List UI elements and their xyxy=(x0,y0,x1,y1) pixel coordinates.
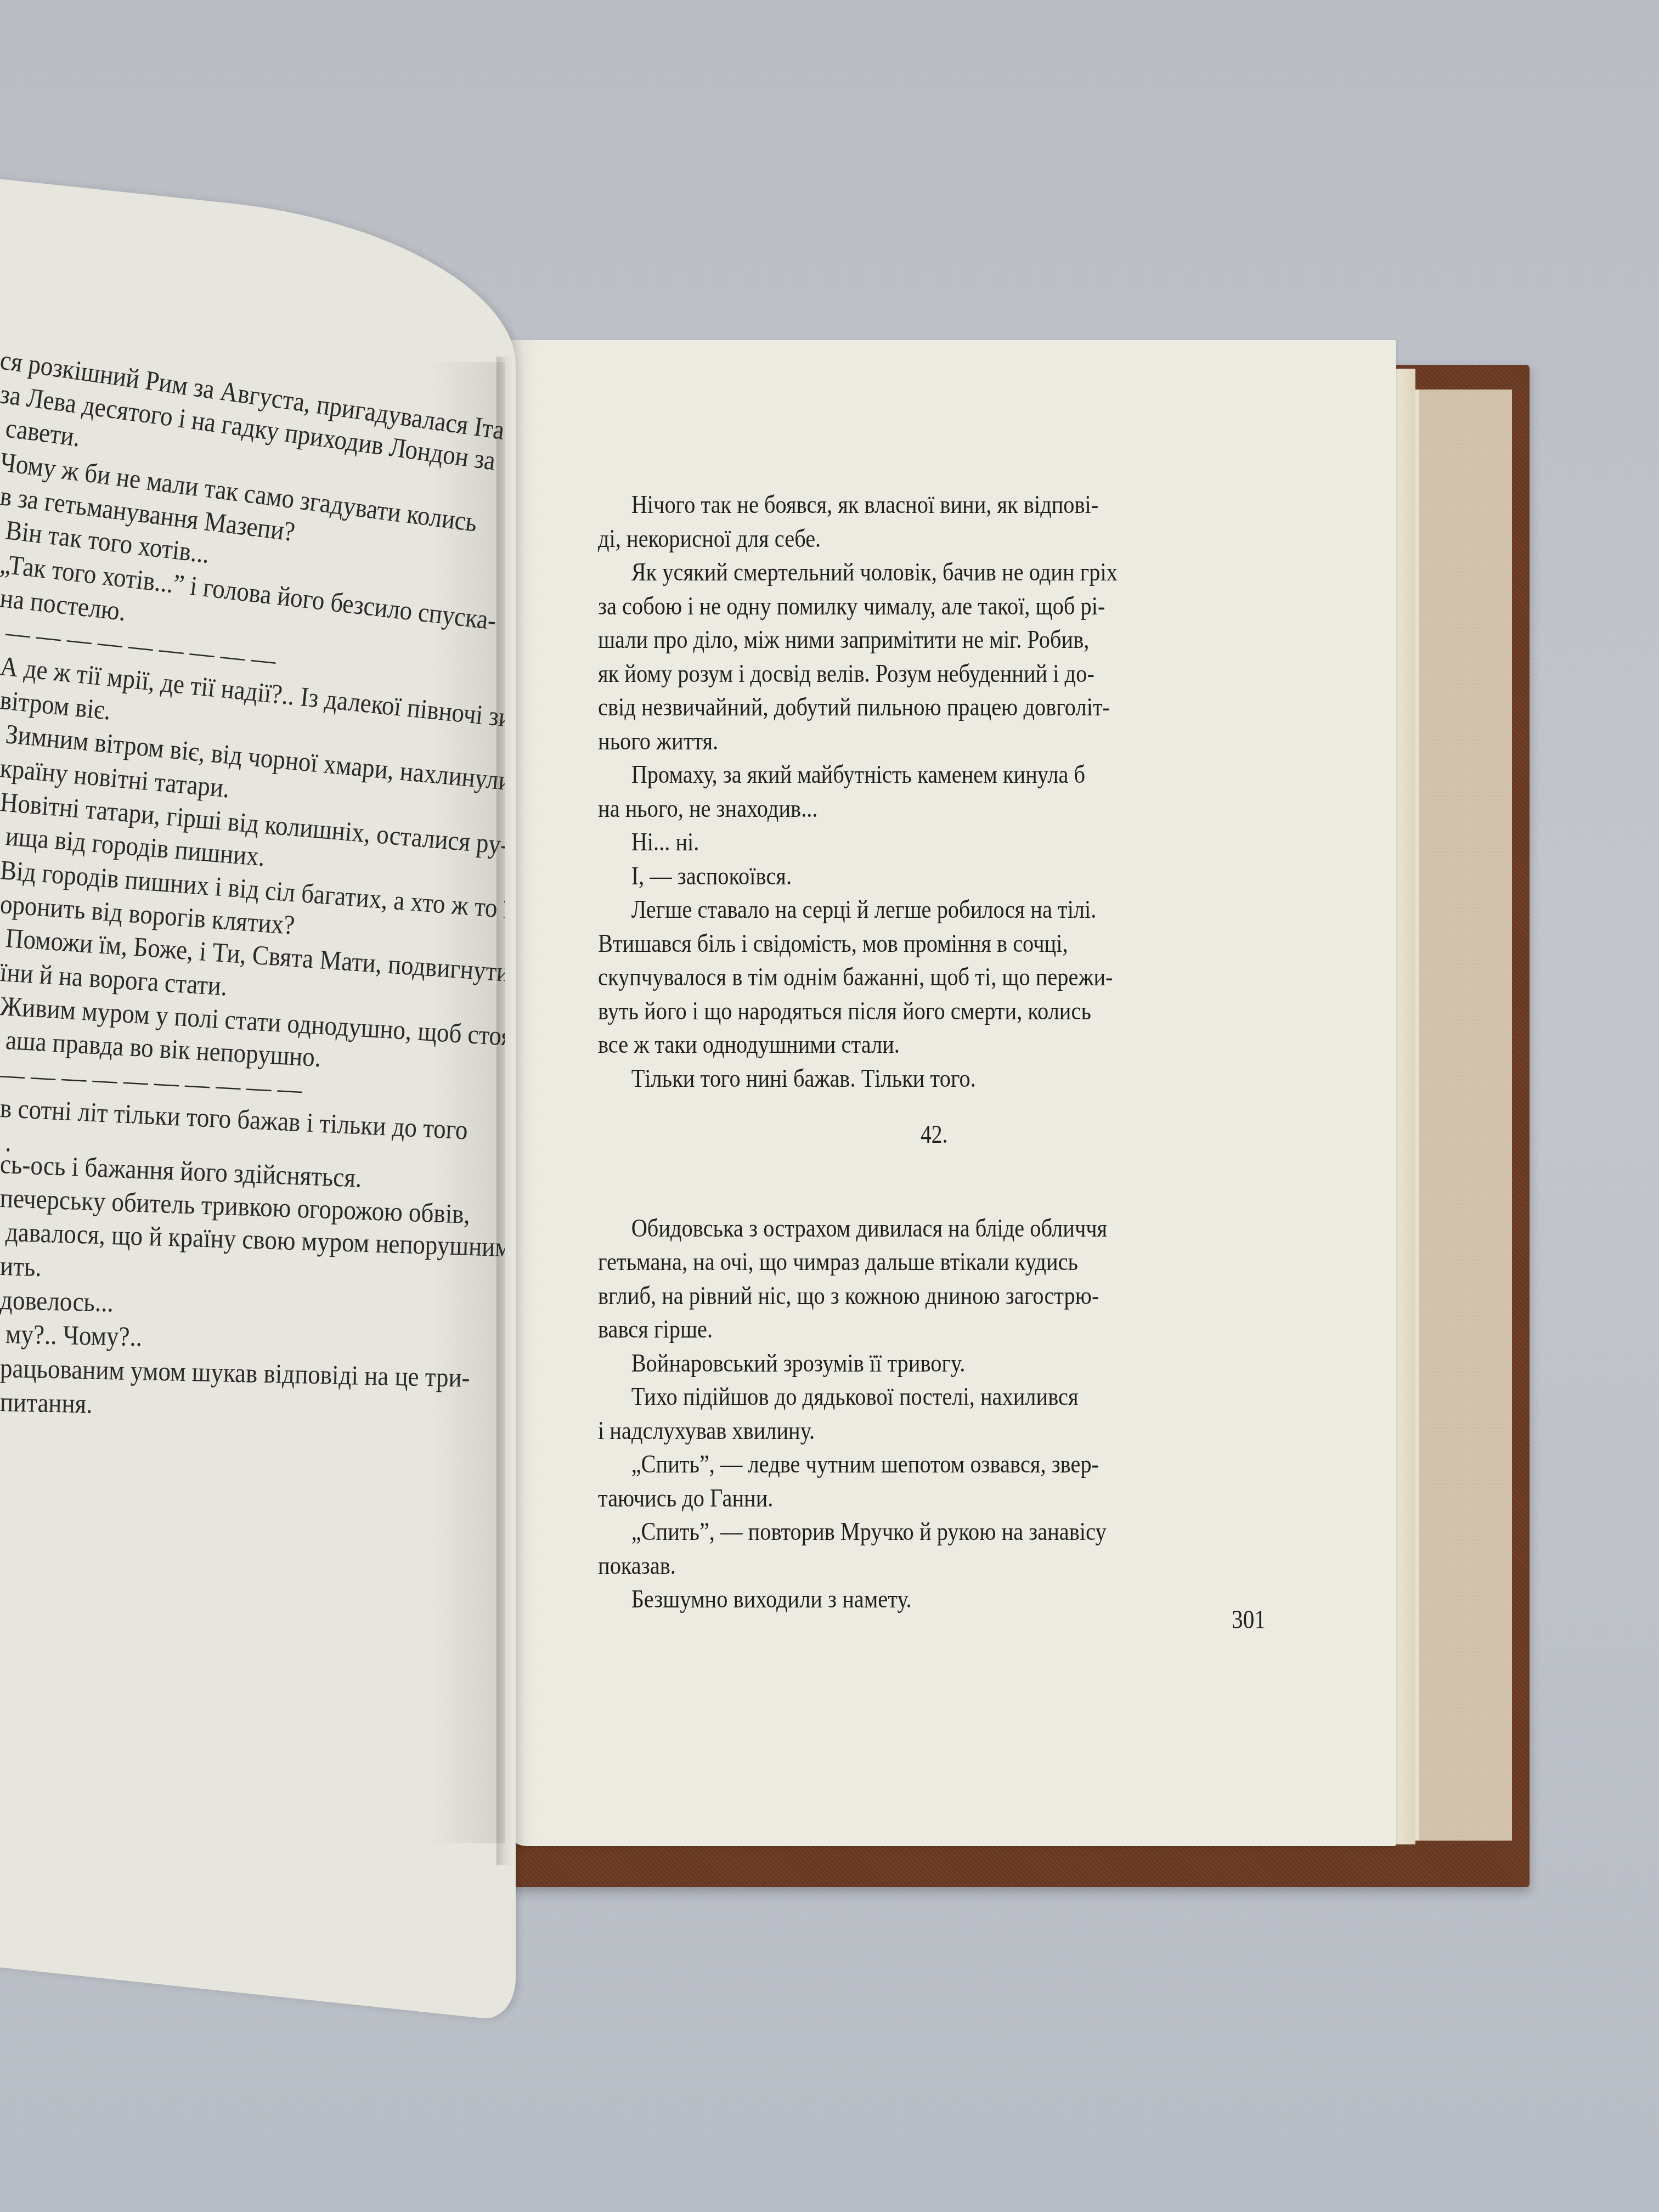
text-line: „Спить”, — ледве чутним шепотом озвався,… xyxy=(598,1448,1271,1482)
text-line: і надслухував хвилину. xyxy=(598,1414,1271,1448)
text-line: Ні... ні. xyxy=(598,826,1271,860)
text-line: шали про діло, між ними запримітити не м… xyxy=(598,623,1271,657)
endpaper xyxy=(1415,390,1512,1841)
left-page-text: ся розкішний Рим за Августа, пригадувала… xyxy=(0,346,505,1662)
text-line: Промаху, за який майбутність каменем кин… xyxy=(598,758,1271,792)
text-line: І, — заспокоївся. xyxy=(598,860,1271,894)
text-line: Як усякий смертельний чоловік, бачив не … xyxy=(598,556,1271,590)
text-line: Безшумно виходили з намету. xyxy=(598,1583,1271,1617)
chapter-number: 42. xyxy=(598,1118,1271,1152)
text-line: ді, некорисної для себе. xyxy=(598,522,1271,556)
text-line: за собою і не одну помилку чималу, але т… xyxy=(598,590,1271,624)
text-line: Войнаровський зрозумів її тривогу. xyxy=(598,1347,1271,1381)
paragraphs-after-chapter: Обидовська з острахом дивилася на бліде … xyxy=(598,1212,1271,1617)
text-line: Легше ставало на серці й легше робилося … xyxy=(598,893,1271,927)
right-page-text: Нічого так не боявся, як власної вини, я… xyxy=(598,488,1271,1617)
text-line: все ж таки однодушними стали. xyxy=(598,1028,1271,1062)
text-line: на нього, не знаходив... xyxy=(598,792,1271,826)
page-block-edge xyxy=(1393,369,1415,1844)
text-line: нього життя. xyxy=(598,725,1271,759)
text-line: Обидовська з острахом дивилася на бліде … xyxy=(598,1212,1271,1246)
text-line: показав. xyxy=(598,1549,1271,1583)
text-line: скупчувалося в тім однім бажанні, щоб ті… xyxy=(598,961,1271,995)
text-line: вуть його і що народяться після його сме… xyxy=(598,995,1271,1029)
text-line: вався гірше. xyxy=(598,1313,1271,1347)
paragraphs-before-chapter: Нічого так не боявся, як власної вини, я… xyxy=(598,488,1271,1096)
page-number: 301 xyxy=(1232,1605,1266,1635)
text-line: вглиб, на рівний ніс, що з кожною дниною… xyxy=(598,1279,1271,1313)
text-line: Втишався біль і свідомість, мов проміння… xyxy=(598,927,1271,961)
book-photo-scene: ся розкішний Рим за Августа, пригадувала… xyxy=(0,0,1659,2212)
text-line: гетьмана, на очі, що чимраз дальше втіка… xyxy=(598,1245,1271,1279)
text-line: свід незвичайний, добутий пильною працею… xyxy=(598,691,1271,725)
text-line: Тихо підійшов до дядькової постелі, нахи… xyxy=(598,1380,1271,1414)
text-line: Тільки того нині бажав. Тільки того. xyxy=(598,1062,1271,1096)
text-line: Нічого так не боявся, як власної вини, я… xyxy=(598,488,1271,522)
text-line: як йому розум і досвід велів. Розум небу… xyxy=(598,657,1271,691)
text-line: „Спить”, — повторив Мручко й рукою на за… xyxy=(598,1515,1271,1549)
text-line: таючись до Ганни. xyxy=(598,1482,1271,1516)
